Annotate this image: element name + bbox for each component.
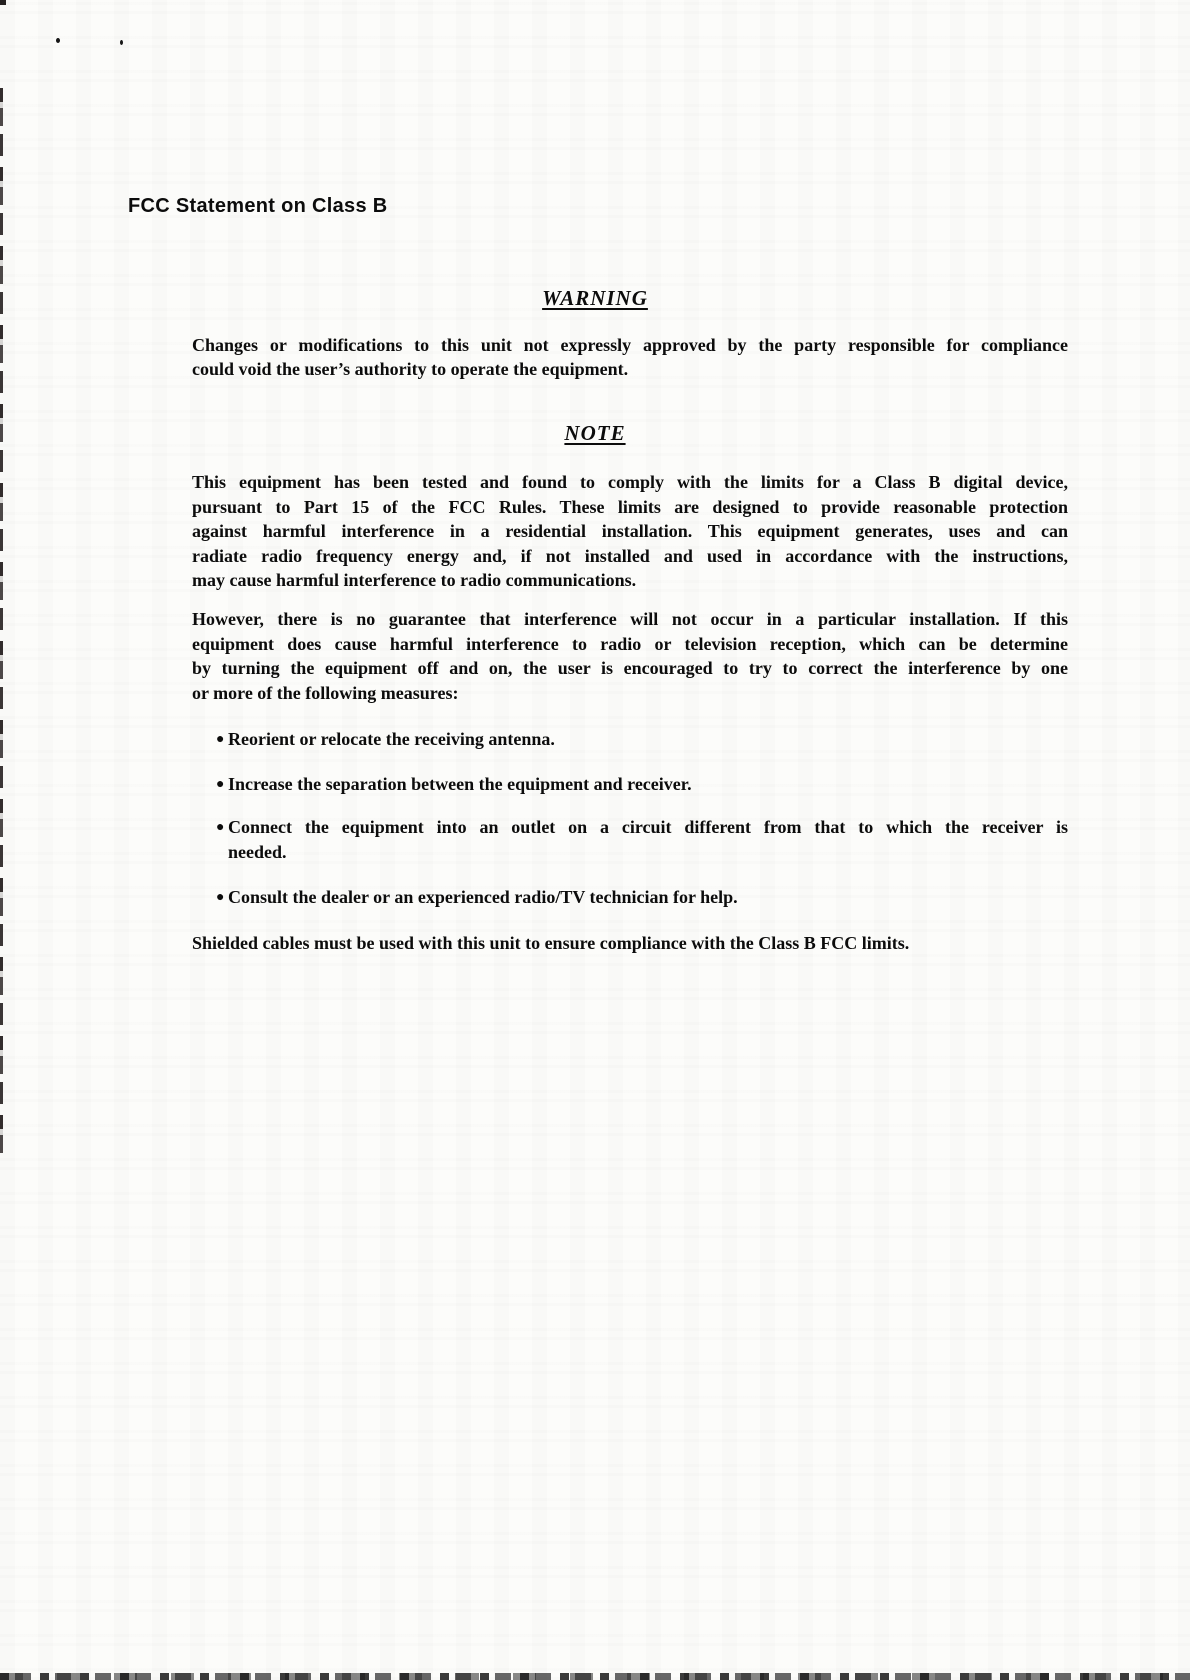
scan-artifact-corner <box>0 0 6 5</box>
scan-artifact-bottom-edge <box>0 1673 1190 1680</box>
bullet-icon: ● <box>216 727 228 752</box>
paragraph-line: or more of the following measures: <box>192 681 1068 706</box>
bullet-text: Increase the separation between the equi… <box>228 772 1068 797</box>
bullet-icon: ● <box>216 885 228 910</box>
bullet-icon: ● <box>216 772 228 797</box>
note-paragraph-1: This equipment has been tested and found… <box>192 470 1068 593</box>
bullet-item: ● Connect the equipment into an outlet o… <box>216 815 1068 865</box>
paragraph-line: pursuant to Part 15 of the FCC Rules. Th… <box>192 495 1068 520</box>
bullet-item: ● Increase the separation between the eq… <box>216 772 1068 797</box>
bullet-icon: ● <box>216 815 228 865</box>
bullet-text: Reorient or relocate the receiving anten… <box>228 727 1068 752</box>
document-page: FCC Statement on Class B WARNING Changes… <box>0 0 1190 1680</box>
bullet-text: needed. <box>228 840 1068 865</box>
paragraph-line: This equipment has been tested and found… <box>192 470 1068 495</box>
page-title: FCC Statement on Class B <box>128 195 387 218</box>
bullet-text: Consult the dealer or an experienced rad… <box>228 885 1068 910</box>
scan-speck <box>120 40 123 45</box>
paragraph-line: could void the user’s authority to opera… <box>192 357 1068 381</box>
bullet-item: ● Reorient or relocate the receiving ant… <box>216 727 1068 752</box>
note-paragraph-2: However, there is no guarantee that inte… <box>192 607 1068 705</box>
paragraph-line: against harmful interference in a reside… <box>192 519 1068 544</box>
paragraph-line: by turning the equipment off and on, the… <box>192 656 1068 681</box>
note-heading: NOTE <box>0 421 1190 446</box>
warning-paragraph: Changes or modifications to this unit no… <box>192 333 1068 381</box>
paragraph-line: may cause harmful interference to radio … <box>192 568 1068 593</box>
bullet-item: ● Consult the dealer or an experienced r… <box>216 885 1068 910</box>
scan-artifact-left-edge <box>0 88 3 1160</box>
scan-speck <box>56 38 60 43</box>
bullet-text: Connect the equipment into an outlet on … <box>228 815 1068 840</box>
closing-statement: Shielded cables must be used with this u… <box>192 931 1068 956</box>
paragraph-line: radiate radio frequency energy and, if n… <box>192 544 1068 569</box>
warning-heading: WARNING <box>0 286 1190 311</box>
paragraph-line: Changes or modifications to this unit no… <box>192 333 1068 357</box>
paragraph-line: However, there is no guarantee that inte… <box>192 607 1068 632</box>
paragraph-line: equipment does cause harmful interferenc… <box>192 632 1068 657</box>
